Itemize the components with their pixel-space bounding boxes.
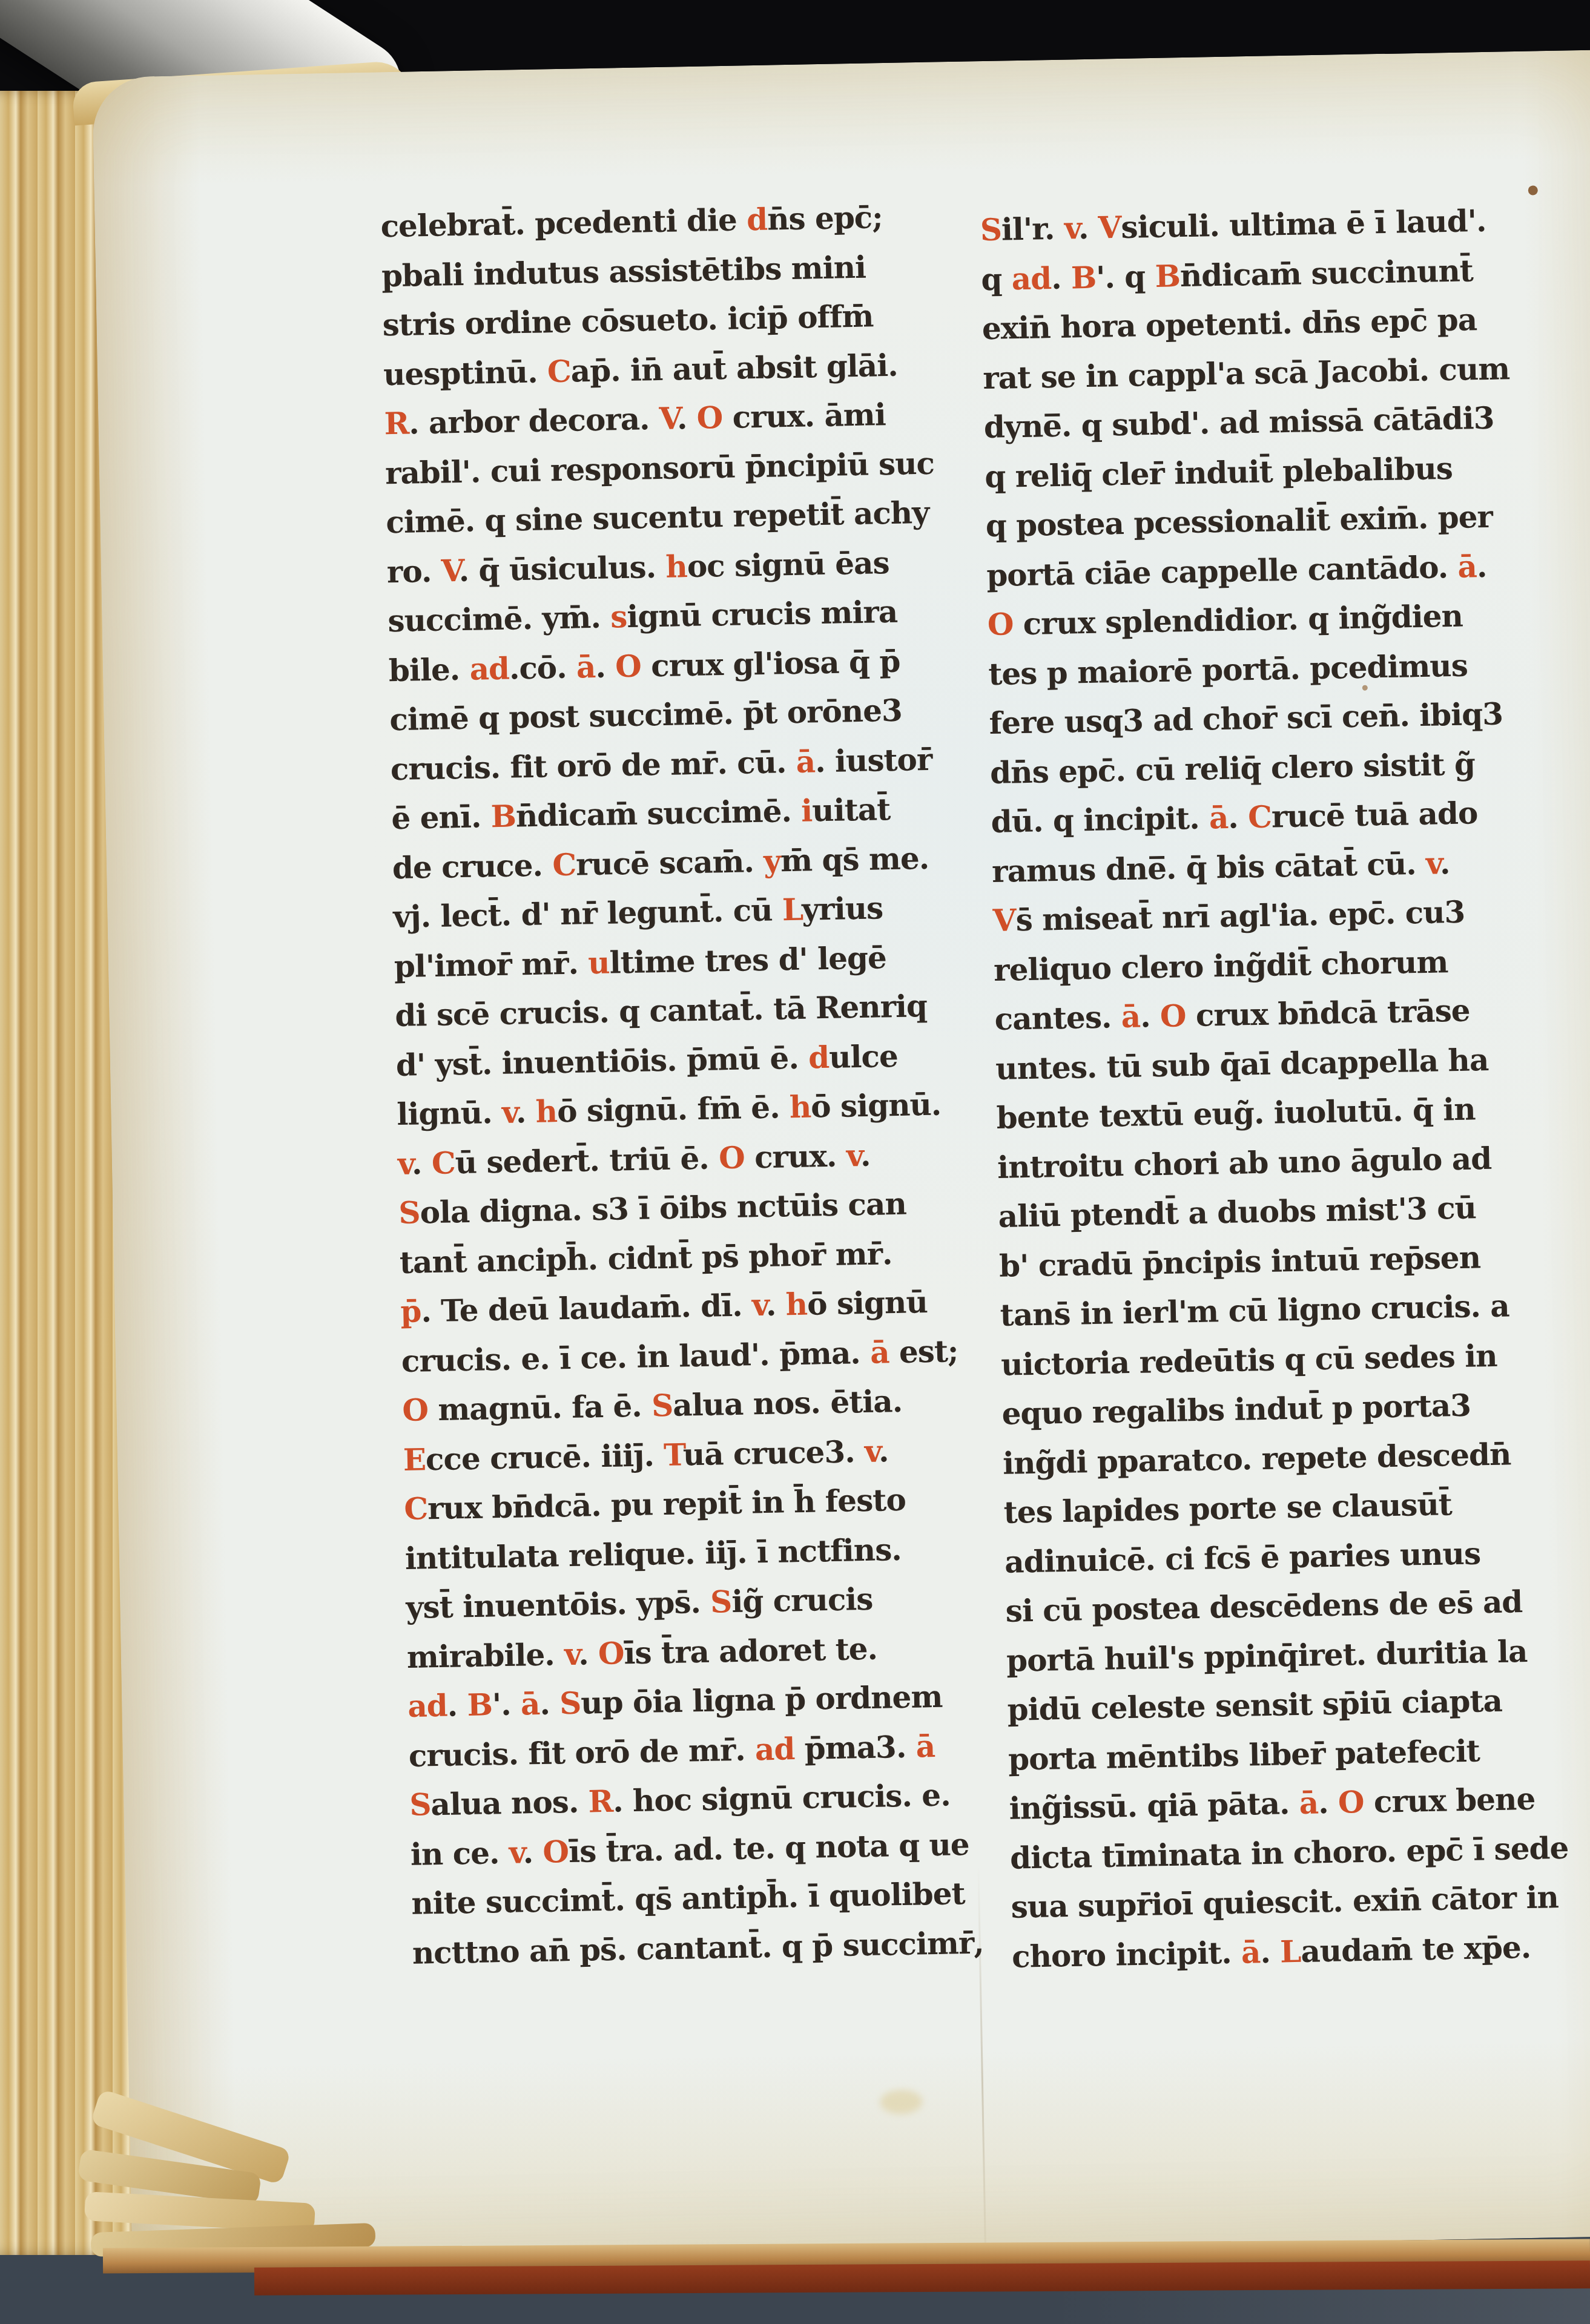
rubricated-text: ad — [469, 650, 509, 686]
rubricated-text: ā — [915, 1728, 935, 1764]
body-text: pl'imor̄ mr̄. — [394, 945, 588, 984]
rubricated-text: ā — [1457, 548, 1477, 585]
body-text: tans̄ in ierl'm cū ligno crucis. a — [1000, 1288, 1509, 1332]
manuscript-text-line: equo regalibs indut̄ p porta3 — [1001, 1379, 1547, 1438]
body-text: ltime tres d' legē — [609, 940, 886, 980]
body-text: . — [765, 1286, 786, 1323]
body-text: dū. q incipit. — [991, 800, 1209, 840]
text-column-left: celebrat̄. pcedenti die dn̄s epc̄;pbali … — [380, 192, 961, 1978]
manuscript-text-line: R. arbor decora. V. O crux. āmi — [384, 389, 932, 449]
rubricated-text: B — [490, 798, 516, 834]
rubricated-text: R — [588, 1783, 613, 1820]
rubricated-text: ad — [407, 1688, 447, 1724]
body-text: alua nos. — [430, 1783, 589, 1822]
body-text: reliquo clero ing̃dit̄ chorum — [994, 944, 1448, 988]
rubricated-text: R — [384, 406, 409, 442]
body-text: mirabile. — [406, 1636, 564, 1675]
rubricated-text: ā — [576, 648, 595, 685]
manuscript-text-line: ing̃issū. qiā pāta. ā. O crux bene — [1009, 1774, 1554, 1833]
manuscript-text-line: si cū postea descēdens de es̄ ad — [1005, 1576, 1551, 1636]
rubricated-text: v — [864, 1433, 879, 1469]
manuscript-text-line: vj. lect̄. d' nr̄ legunt̄. cū Lyrius — [393, 883, 942, 942]
body-text: m̄ qs̄ me. — [780, 840, 929, 878]
body-text: adinuicē. ci fcs̄ ē paries unus — [1004, 1535, 1481, 1579]
body-text: ulce — [829, 1038, 899, 1075]
body-text: n̄s epc̄; — [767, 199, 883, 237]
body-text: uesptinū. — [383, 354, 548, 392]
body-text: . q̄ ūsiculus. — [458, 548, 666, 588]
body-text: ū sedert̄. triū ē. — [455, 1140, 719, 1180]
body-text: ō signū. fm̄ ē. — [557, 1089, 790, 1129]
body-text: introitu chori ab uno āgulo ad — [997, 1140, 1492, 1185]
manuscript-text-line: Sola digna. s3 ī ōibs nctūis can — [398, 1178, 947, 1237]
body-text: crucis. fit orō de mr̄. cū. — [390, 743, 796, 786]
body-text: ing̃di pparatco. repete descedn̄ — [1003, 1436, 1511, 1481]
manuscript-text-line: bente textū eug̃. iuolutū. q̄ in — [996, 1083, 1542, 1142]
stain-dot — [1528, 185, 1538, 195]
body-text: choro incipit. — [1012, 1934, 1242, 1974]
manuscript-text-line: choro incipit. ā. Laudam̄ te xp̄e. — [1011, 1922, 1557, 1981]
rubricated-text: ā — [1241, 1934, 1260, 1970]
rubricated-text: O — [696, 400, 733, 436]
rubricated-text: V — [659, 400, 677, 436]
rubricated-text: O — [719, 1139, 745, 1176]
body-text: . — [1318, 1785, 1339, 1821]
body-text: . — [878, 1433, 889, 1469]
body-text: crux. āmi — [732, 397, 886, 435]
body-text: ola digna. s3 ī ōibs nctūis can — [420, 1186, 906, 1231]
body-text: ramus dne̅. q̄ bis cātat̄ cū. — [992, 845, 1427, 889]
rubricated-text: C — [552, 846, 576, 883]
rubricated-text: ā — [870, 1334, 889, 1371]
manuscript-text-line: aliū ptendt̄ a duobs mist'3 cū — [998, 1182, 1543, 1241]
manuscript-text-line: exin̄ hora opetenti. dn̄s epc̄ pa — [981, 294, 1527, 354]
manuscript-text-line: ing̃di pparatco. repete descedn̄ — [1002, 1429, 1548, 1488]
rubricated-text: v — [501, 1094, 516, 1130]
body-text: . — [595, 648, 616, 685]
body-text: . hoc signū crucis. e. — [613, 1777, 951, 1819]
manuscript-text-line: Vs̄ miseat̄ nrī agl'ia. epc̄. cu3 — [992, 886, 1538, 945]
manuscript-text-line: dū. q incipit. ā. Crucē tuā ado — [991, 788, 1536, 847]
body-text: ing̃issū. qiā pāta. — [1009, 1785, 1299, 1826]
body-text: . — [1051, 260, 1072, 296]
body-text: ro. — [386, 553, 441, 590]
rubricated-text: V — [1098, 209, 1121, 246]
body-text: exin̄ hora opetenti. dn̄s epc̄ pa — [981, 301, 1477, 346]
body-text: equo regalibs indut̄ p porta3 — [1001, 1387, 1471, 1432]
body-text: sua supr̄ioī quiescit. exin̄ cātor in — [1011, 1879, 1559, 1925]
body-text: . — [1260, 1934, 1281, 1970]
body-text: portā huil's ppinq̄iret. duritia la — [1006, 1633, 1528, 1679]
rubricated-text: d — [808, 1039, 830, 1075]
manuscript-text-line: dyne̅. q subd'. ad missā cātādi3 — [983, 393, 1529, 452]
body-text: aliū ptendt̄ a duobs mist'3 cū — [998, 1190, 1476, 1234]
rubricated-text: p̄ — [400, 1293, 421, 1329]
rubricated-text: B — [467, 1687, 492, 1723]
body-text: '. — [492, 1686, 521, 1722]
rubricated-text: h — [665, 548, 687, 585]
body-text: crux. — [744, 1137, 846, 1175]
rubricated-text: B — [1070, 259, 1096, 295]
body-text: . — [515, 1094, 536, 1130]
body-text: si cū postea descēdens de es̄ ad — [1005, 1584, 1523, 1629]
manuscript-text-line: Sil'r. v. Vsiculi. ultima ē ī laud'. — [980, 196, 1525, 255]
manuscript-text-line: sua supr̄ioī quiescit. exin̄ cātor in — [1011, 1872, 1556, 1932]
body-text: pbali indutus assistētibs mini — [381, 249, 866, 294]
rubricated-text: ā — [796, 743, 815, 780]
body-text: rucē scam̄. — [576, 843, 764, 882]
body-text: ap̄. in̄ aut̄ absit glāi. — [570, 347, 898, 389]
body-text: ō signū. — [811, 1087, 942, 1125]
rubricated-text: O — [987, 606, 1014, 642]
body-text: . iustor̄ — [815, 741, 932, 779]
body-text: n̄dicam̄ succimē. — [515, 793, 801, 834]
rubricated-text: C — [431, 1145, 455, 1181]
rubricated-text: ā — [520, 1686, 539, 1722]
rubricated-text: ad — [754, 1731, 794, 1767]
body-text: intitulata relique. iij̄. ī nctfins. — [404, 1531, 902, 1576]
manuscript-photo: celebrat̄. pcedenti die dn̄s epc̄;pbali … — [0, 0, 1590, 2324]
body-text: est; — [889, 1333, 958, 1370]
manuscript-text-line: Salua nos. R. hoc signū crucis. e. — [409, 1770, 958, 1829]
rubricated-text: O — [615, 648, 642, 684]
manuscript-text-line: fere usq3 ad chor̄ scī cen̄. ibiq3 — [989, 689, 1534, 748]
body-text: yrius — [802, 890, 883, 927]
body-text: untes. tū sub q̄aī dcappella ha — [995, 1042, 1489, 1087]
body-text: īs t̄ra adoret te. — [624, 1630, 877, 1671]
body-text: .cō. — [509, 649, 576, 686]
body-text: n̄dicam̄ succinunt̄ — [1179, 252, 1473, 294]
manuscript-text-line: nite succimt̄. qs̄ antiph̄. ī quolibet — [411, 1869, 960, 1928]
manuscript-text-line: cimē. q sine sucentu repetit̄ achy — [386, 488, 934, 547]
rubricated-text: E — [403, 1441, 426, 1478]
rubricated-text: v — [846, 1137, 860, 1173]
body-text: ignū crucis mira — [627, 594, 898, 634]
body-text: cce crucē. iiij̄. — [425, 1437, 664, 1477]
body-text: de cruce. — [392, 847, 552, 886]
body-text: ō signū — [807, 1284, 928, 1322]
rubricated-text: v — [509, 1834, 523, 1870]
body-text: d' yst̄. inuentiōis. p̄mū ē. — [395, 1039, 808, 1082]
rubricated-text: C — [1248, 799, 1272, 835]
body-text: . — [1439, 845, 1450, 881]
manuscript-text-line: yst̄ inuentōis. yps̄. Sig̃ crucis — [406, 1573, 954, 1632]
body-text: uitat̄ — [812, 791, 891, 828]
body-text: q reliq̄ cler̄ induit̄ plebalibus — [985, 450, 1453, 494]
body-text: ncttno an̄ ps̄. cantant̄. q p̄ succimr̄, — [412, 1924, 984, 1970]
body-text: p̄ma3. — [794, 1728, 916, 1766]
body-text: īs t̄ra. ad. te. q nota q ue — [569, 1826, 970, 1869]
body-text: . — [1476, 548, 1487, 584]
body-text: rux bn̄dcā. pu repit̄ in h̄ festo — [427, 1482, 906, 1526]
text-column-right: Sil'r. v. Vsiculi. ultima ē ī laud'.q ad… — [980, 196, 1557, 1981]
rubricated-text: O — [598, 1635, 624, 1671]
body-text: dicta tīminata in choro. epc̄ ī sede — [1010, 1829, 1569, 1875]
manuscript-text-line: tans̄ in ierl'm cū ligno crucis. a — [1000, 1280, 1545, 1340]
body-text: . — [1078, 210, 1098, 246]
body-text: rabil'. cui responsorū p̄ncipiū suc — [385, 445, 935, 491]
body-text: crux splendidior. q ing̃dien — [1013, 598, 1463, 642]
body-text: b' cradū p̄ncipis intuū rep̄sen — [999, 1239, 1481, 1284]
rubricated-text: S — [710, 1584, 732, 1620]
rubricated-text: O — [1160, 998, 1186, 1034]
body-text: oc signū ēas — [687, 545, 889, 584]
body-text: s̄ miseat̄ nrī agl'ia. epc̄. cu3 — [1015, 894, 1465, 938]
rubricated-text: O — [1338, 1784, 1364, 1820]
rubricated-text: O — [543, 1834, 569, 1870]
body-text: cimē. q sine sucentu repetit̄ achy — [386, 495, 929, 540]
rubricated-text: v — [751, 1287, 766, 1323]
body-text: dn̄s epc̄. cū reliq̄ clero sistit g̃ — [990, 746, 1476, 791]
body-text: audam̄ te xp̄e. — [1301, 1929, 1531, 1969]
manuscript-text-line: succimē. ym̄. signū crucis mira — [388, 587, 936, 646]
rubricated-text: S — [409, 1786, 431, 1823]
body-text: . — [411, 1145, 432, 1182]
body-text: crux bene — [1364, 1781, 1536, 1820]
body-text: crux gl'iosa q̄ p̄ — [641, 643, 900, 683]
manuscript-text-line: ad. B'. ā. Sup ōia ligna p̄ ordnem — [407, 1671, 956, 1731]
body-text: rat se in cappl'a scā Jacobi. cum — [983, 351, 1510, 396]
body-text: portā ciāe cappelle cantādo. — [986, 548, 1458, 593]
body-text: alua nos. ētia. — [673, 1383, 903, 1423]
rubricated-text: ad — [1011, 260, 1051, 297]
body-text: siculi. ultima ē ī laud'. — [1121, 203, 1486, 245]
body-text: . arbor decora. — [409, 401, 660, 441]
rubricated-text: V — [992, 902, 1016, 938]
manuscript-text-line: cimē q post succimē. p̄t orōne3 — [389, 685, 938, 745]
body-text: . — [676, 400, 697, 436]
body-text: nite succimt̄. qs̄ antiph̄. ī quolibet — [411, 1875, 965, 1921]
body-text: porta mēntibs liber̄ patefecit — [1008, 1733, 1480, 1777]
body-text: cantes. — [994, 999, 1121, 1037]
rubricated-text: O — [402, 1392, 429, 1428]
manuscript-text-line: stris ordine cōsueto. icip̄ offm̄ — [382, 291, 931, 350]
rubricated-text: h — [789, 1089, 811, 1125]
body-text: . — [523, 1834, 543, 1870]
rubricated-text: ā — [1209, 800, 1228, 836]
body-text: uictoria redeūtis q cū sedes in — [1001, 1337, 1497, 1382]
body-text: cimē q post succimē. p̄t orōne3 — [389, 693, 902, 737]
body-text: crucis. fit orō de mr̄. — [408, 1731, 755, 1773]
manuscript-text-line: celebrat̄. pcedenti die dn̄s epc̄; — [380, 192, 929, 251]
body-text: . — [539, 1685, 560, 1722]
body-text: uā cruce3. — [682, 1434, 865, 1472]
rubricated-text: u — [588, 944, 610, 981]
body-text: up ōia ligna p̄ ordnem — [581, 1679, 943, 1721]
manuscript-text-line: lignū. v. hō signū. fm̄ ē. hō signū. — [397, 1079, 945, 1139]
parchment-leaf: celebrat̄. pcedenti die dn̄s epc̄;pbali … — [92, 50, 1590, 2263]
body-text: il'r. — [1001, 211, 1064, 248]
rubricated-text: v — [564, 1636, 579, 1671]
body-text: '. q — [1096, 258, 1156, 295]
body-text: rucē tuā ado — [1271, 795, 1477, 834]
body-text: vj. lect̄. d' nr̄ legunt̄. cū — [393, 892, 782, 935]
rubricated-text: L — [782, 892, 802, 928]
body-text: . — [447, 1687, 467, 1723]
body-text: bente textū eug̃. iuolutū. q̄ in — [996, 1091, 1476, 1135]
rubricated-text: C — [547, 353, 571, 389]
rubricated-text: S — [398, 1194, 420, 1231]
manuscript-text-line: pidū celeste sensit sp̄iū ciapta — [1007, 1675, 1552, 1734]
body-text: celebrat̄. pcedenti die — [380, 202, 747, 244]
body-text: . Te deū laudam̄. dī. — [421, 1287, 753, 1329]
manuscript-text-line: ē enī. Bn̄dicam̄ succimē. iuitat̄ — [391, 784, 940, 843]
body-text: q — [981, 261, 1012, 297]
body-text: di scē crucis. q cantat̄. tā Renriq — [395, 988, 928, 1033]
rubricated-text: h — [535, 1093, 557, 1130]
rubricated-text: C — [404, 1490, 428, 1527]
body-text: tes lapides porte se clausūt̄ — [1003, 1486, 1452, 1530]
body-text: pidū celeste sensit sp̄iū ciapta — [1007, 1683, 1502, 1728]
manuscript-text-line: ncttno an̄ ps̄. cantant̄. q p̄ succimr̄, — [412, 1918, 960, 1978]
rubricated-text: d — [747, 202, 768, 238]
body-text: crux bn̄dcā trāse — [1186, 993, 1470, 1034]
body-text: stris ordine cōsueto. icip̄ offm̄ — [382, 298, 874, 343]
body-text: tant̄ anciph̄. cidnt̄ ps̄ phor̄ mr̄. — [399, 1236, 892, 1280]
body-text: bile. — [388, 651, 470, 688]
manuscript-text-line: O crux splendidior. q ing̃dien — [987, 590, 1532, 650]
body-text: yst̄ inuentōis. yps̄. — [406, 1584, 711, 1625]
rubricated-text: S — [559, 1685, 581, 1722]
manuscript-text-line: p̄. Te deū laudam̄. dī. v. hō signū — [400, 1277, 949, 1336]
rubricated-text: T — [664, 1437, 684, 1473]
body-text: fere usq3 ad chor̄ scī cen̄. ibiq3 — [989, 696, 1503, 741]
body-text: ig̃ crucis — [731, 1581, 873, 1619]
body-text: succimē. ym̄. — [388, 599, 611, 639]
rubricated-text: L — [1280, 1933, 1301, 1969]
manuscript-text-line: O magnū. fa ē. Salua nos. ētia. — [402, 1375, 951, 1435]
body-text: crucis. e. ī ce. in laud'. p̄ma. — [401, 1334, 870, 1378]
rubricated-text: ā — [1299, 1785, 1318, 1821]
body-text: . — [578, 1636, 599, 1672]
rubricated-text: V — [441, 553, 459, 589]
body-text: in ce. — [410, 1834, 509, 1872]
body-text: . — [1140, 998, 1161, 1035]
rubricated-text: h — [785, 1286, 807, 1323]
manuscript-text-line: q postea pcessionalit̄ exim̄. per — [985, 492, 1531, 551]
rubricated-text: v — [1425, 845, 1440, 881]
manuscript-text-line: Crux bn̄dcā. pu repit̄ in h̄ festo — [404, 1474, 952, 1533]
body-text: q postea pcessionalit̄ exim̄. per — [985, 499, 1493, 544]
rubricated-text: s — [610, 599, 627, 634]
body-text: magnū. fa ē. — [427, 1387, 652, 1427]
rubricated-text: S — [980, 212, 1001, 248]
body-text: dyne̅. q subd'. ad missā cātādi3 — [983, 400, 1494, 445]
body-text: ē enī. — [391, 798, 491, 836]
rubricated-text: v — [1064, 210, 1078, 246]
rubricated-text: i — [801, 792, 813, 828]
body-text: lignū. — [397, 1095, 503, 1132]
manuscript-text-line: cantes. ā. O crux bn̄dcā trāse — [994, 984, 1540, 1044]
rubricated-text: S — [652, 1387, 673, 1424]
rubricated-text: y — [764, 843, 781, 879]
manuscript-text-line: di scē crucis. q cantat̄. tā Renriq — [395, 981, 943, 1041]
rubricated-text: v — [397, 1145, 412, 1181]
stain-patch — [880, 2089, 923, 2114]
body-text: tes p maiorē portā. pcedimus — [988, 647, 1468, 691]
body-text: . — [1228, 799, 1249, 835]
rubricated-text: B — [1155, 258, 1180, 294]
rubricated-text: ā — [1121, 999, 1140, 1035]
body-text: . — [860, 1137, 871, 1173]
